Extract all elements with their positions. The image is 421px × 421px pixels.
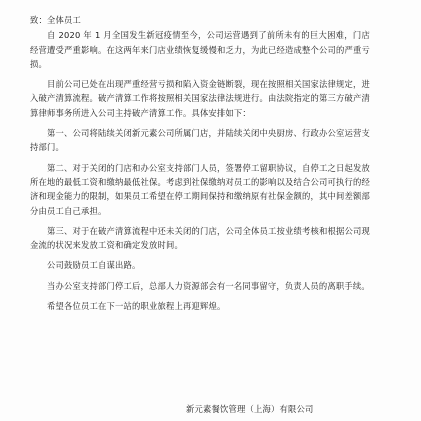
letter-page: 致：全体员工 自 2020 年 1 月全国发生新冠疫情至今，公司运营遇到了前所未…: [0, 0, 421, 421]
paragraph-bankruptcy: 目前公司已处在出现严重经营亏损和陷入资金链断裂，现在按照相关国家法律规定，进入破…: [30, 77, 370, 120]
salutation: 致：全体员工: [30, 13, 370, 27]
paragraph-encourage: 公司鼓励员工自谋出路。: [30, 258, 370, 272]
paragraph-hr: 当办公室支持部门停工后，总部人力资源部会有一名同事留守，负责人员的离职手续。: [30, 279, 370, 293]
paragraph-intro: 自 2020 年 1 月全国发生新冠疫情至今，公司运营遇到了前所未有的巨大困难，…: [30, 28, 370, 71]
paragraph-item-1: 第一、公司将陆续关闭新元素公司所属门店，并陆续关闭中央厨房、行政办公室运营支持部…: [30, 126, 370, 155]
paragraph-closing: 希望各位员工在下一站的职业旅程上再迎辉煌。: [30, 299, 370, 313]
letter-body: 致：全体员工 自 2020 年 1 月全国发生新冠疫情至今，公司运营遇到了前所未…: [30, 13, 370, 319]
paragraph-item-2: 第二、对于关闭的门店和办公室支持部门人员，签署停工留职协议，自停工之日起发放所在…: [30, 161, 370, 218]
paragraph-item-3: 第三、对于在破产清算流程中还未关闭的门店，公司全体员工按业绩考核和根据公司现金流…: [30, 224, 370, 253]
company-signature: 新元素餐饮管理（上海）有限公司: [186, 403, 313, 415]
